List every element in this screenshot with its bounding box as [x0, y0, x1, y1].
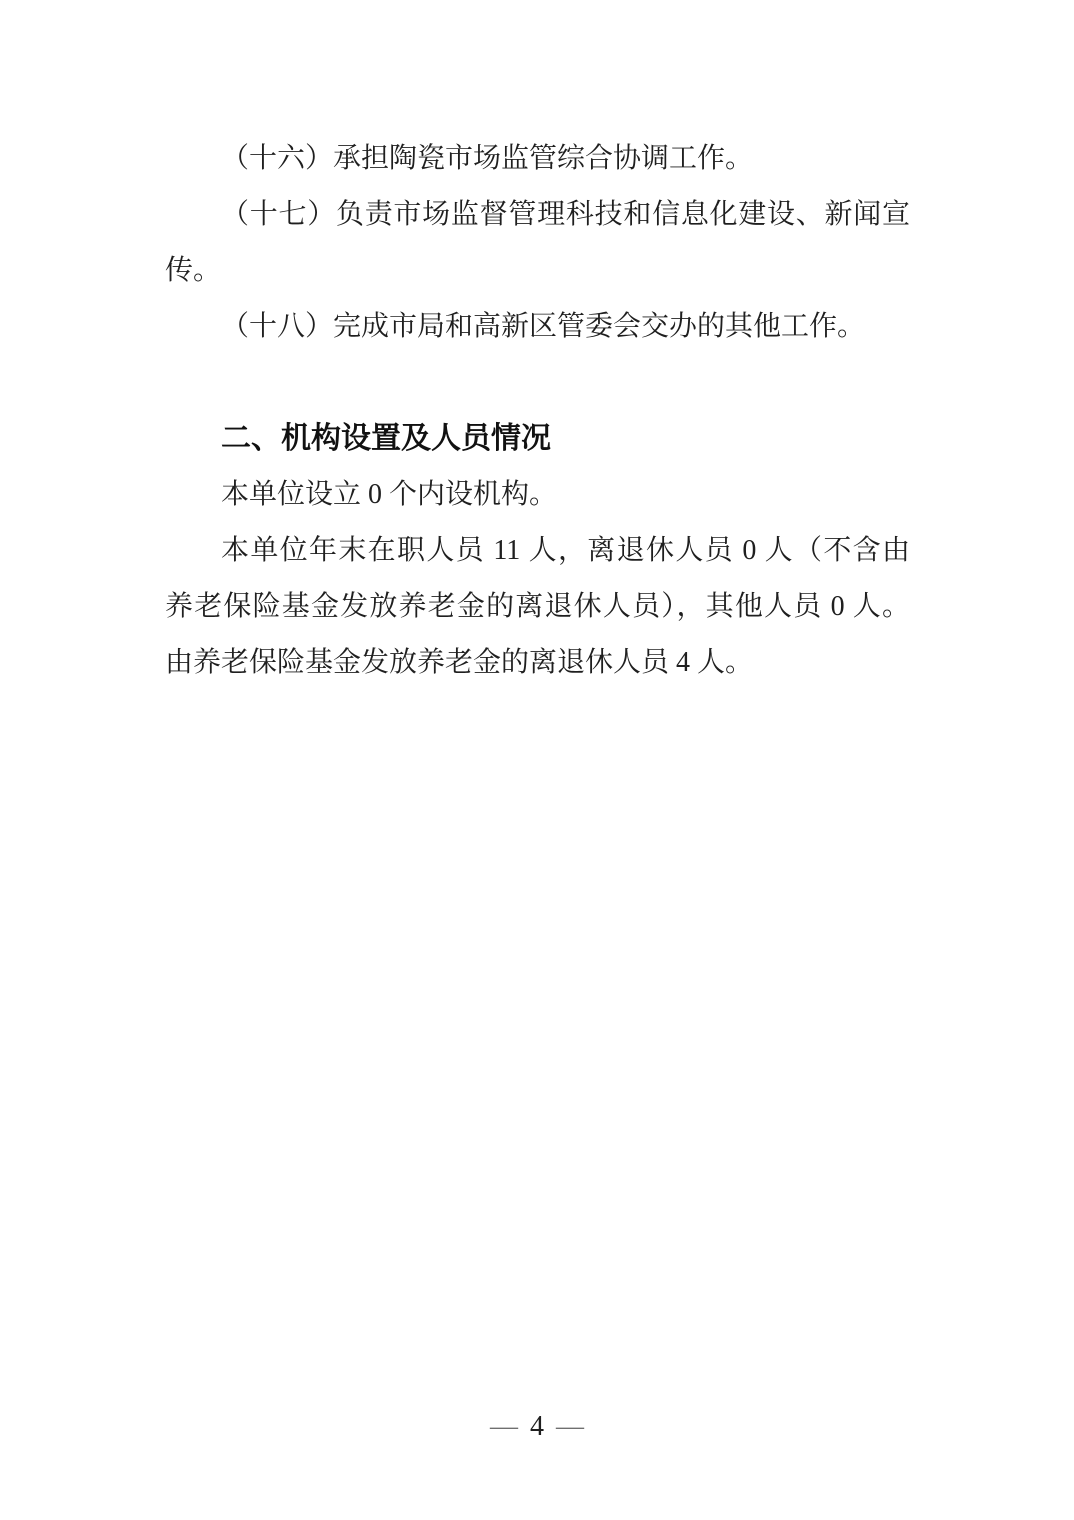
org-setup-line: 本单位设立 0 个内设机构。: [165, 467, 910, 523]
section-2-heading: 二、机构设置及人员情况: [165, 411, 910, 467]
page-footer: —4—: [0, 1399, 1074, 1455]
footer-dash-left: —: [490, 1411, 518, 1442]
page-number: 4: [530, 1411, 544, 1442]
clause-17-line-1: （十七）负责市场监督管理科技和信息化建设、新闻宣: [165, 187, 910, 243]
clause-18-line: （十八）完成市局和高新区管委会交办的其他工作。: [165, 299, 910, 355]
staff-line-2: 养老保险基金发放养老金的离退休人员），其他人员 0 人。: [165, 579, 910, 635]
staff-line-1: 本单位年末在职人员 11 人，离退休人员 0 人（不含由: [165, 523, 910, 579]
staff-line-3: 由养老保险基金发放养老金的离退休人员 4 人。: [165, 635, 910, 691]
clause-16-line: （十六）承担陶瓷市场监管综合协调工作。: [165, 131, 910, 187]
document-body: （十六）承担陶瓷市场监管综合协调工作。 （十七）负责市场监督管理科技和信息化建设…: [165, 131, 910, 691]
document-page: （十六）承担陶瓷市场监管综合协调工作。 （十七）负责市场监督管理科技和信息化建设…: [0, 0, 1074, 1520]
footer-dash-right: —: [556, 1411, 584, 1442]
clause-17-line-2: 传。: [165, 243, 910, 299]
